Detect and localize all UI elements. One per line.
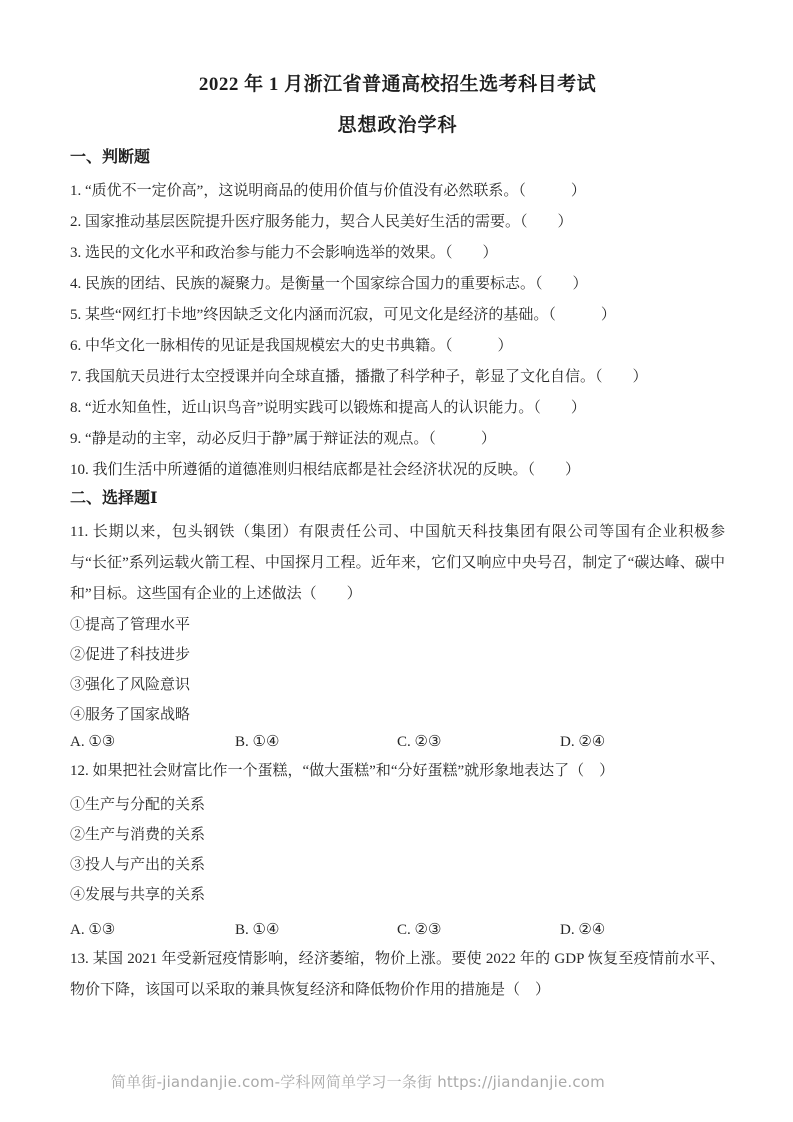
judgment-question-8: 8. “近水知鱼性，近山识鸟音”说明实践可以锻炼和提高人的认识能力。（ ） [70,393,725,424]
question-12-choice-4: ④发展与共享的关系 [70,880,725,910]
judgment-question-3: 3. 选民的文化水平和政治参与能力不会影响选举的效果。（ ） [70,238,725,269]
judgment-question-5: 5. 某些“网红打卡地”终因缺乏文化内涵而沉寂，可见文化是经济的基础。（ ） [70,300,725,331]
question-11-option-a: A. ①③ [70,728,235,756]
section-choice-heading: 二、选择题Ⅰ [70,488,725,510]
judgment-question-9: 9. “静是动的主宰，动必反归于静”属于辩证法的观点。（ ） [70,424,725,455]
watermark-footer: 简单街-jiandanjie.com-学科网简单学习一条街 https://ji… [0,1071,716,1092]
question-12-option-a: A. ①③ [70,916,235,944]
question-12-options-row: A. ①③ B. ①④ C. ②③ D. ②④ [70,916,725,944]
question-12-choice-3: ③投人与产出的关系 [70,850,725,880]
question-11-option-b: B. ①④ [235,728,397,756]
exam-subject-title: 思想政治学科 [70,112,725,139]
exam-paper-page: 2022 年 1 月浙江省普通高校招生选考科目考试 思想政治学科 一、判断题 1… [0,0,793,1122]
question-11-choice-2: ②促进了科技进步 [70,640,725,670]
question-11-stem: 11. 长期以来，包头钢铁（集团）有限责任公司、中国航天科技集团有限公司等国有企… [70,517,725,610]
judgment-question-10: 10. 我们生活中所遵循的道德准则归根结底都是社会经济状况的反映。（ ） [70,455,725,486]
question-12-choice-1: ①生产与分配的关系 [70,790,725,820]
question-11-choice-3: ③强化了风险意识 [70,670,725,700]
judgment-question-4: 4. 民族的团结、民族的凝聚力。是衡量一个国家综合国力的重要标志。（ ） [70,269,725,300]
question-12-option-c: C. ②③ [397,916,560,944]
question-11-choice-1: ①提高了管理水平 [70,610,725,640]
question-12-choices: ①生产与分配的关系 ②生产与消费的关系 ③投人与产出的关系 ④发展与共享的关系 [70,790,725,910]
judgment-question-7: 7. 我国航天员进行太空授课并向全球直播，播撒了科学种子，彰显了文化自信。（ ） [70,362,725,393]
question-11-option-c: C. ②③ [397,728,560,756]
section-judgment-heading: 一、判断题 [70,147,725,169]
judgment-question-2: 2. 国家推动基层医院提升医疗服务能力，契合人民美好生活的需要。（ ） [70,207,725,238]
question-12-option-d: D. ②④ [560,916,725,944]
exam-content: 2022 年 1 月浙江省普通高校招生选考科目考试 思想政治学科 一、判断题 1… [70,0,725,1006]
question-11-options-row: A. ①③ B. ①④ C. ②③ D. ②④ [70,728,725,756]
exam-title: 2022 年 1 月浙江省普通高校招生选考科目考试 [70,71,725,98]
question-11-choices: ①提高了管理水平 ②促进了科技进步 ③强化了风险意识 ④服务了国家战略 [70,610,725,730]
question-12-choice-2: ②生产与消费的关系 [70,820,725,850]
question-11-option-d: D. ②④ [560,728,725,756]
judgment-question-1: 1. “质优不一定价高”，这说明商品的使用价值与价值没有必然联系。（ ） [70,176,725,207]
question-12-option-b: B. ①④ [235,916,397,944]
question-13-stem: 13. 某国 2021 年受新冠疫情影响，经济萎缩，物价上涨。要使 2022 年… [70,944,725,1006]
question-11-choice-4: ④服务了国家战略 [70,700,725,730]
judgment-question-6: 6. 中华文化一脉相传的见证是我国规模宏大的史书典籍。（ ） [70,331,725,362]
question-12-stem: 12. 如果把社会财富比作一个蛋糕，“做大蛋糕”和“分好蛋糕”就形象地表达了（ … [70,756,725,787]
